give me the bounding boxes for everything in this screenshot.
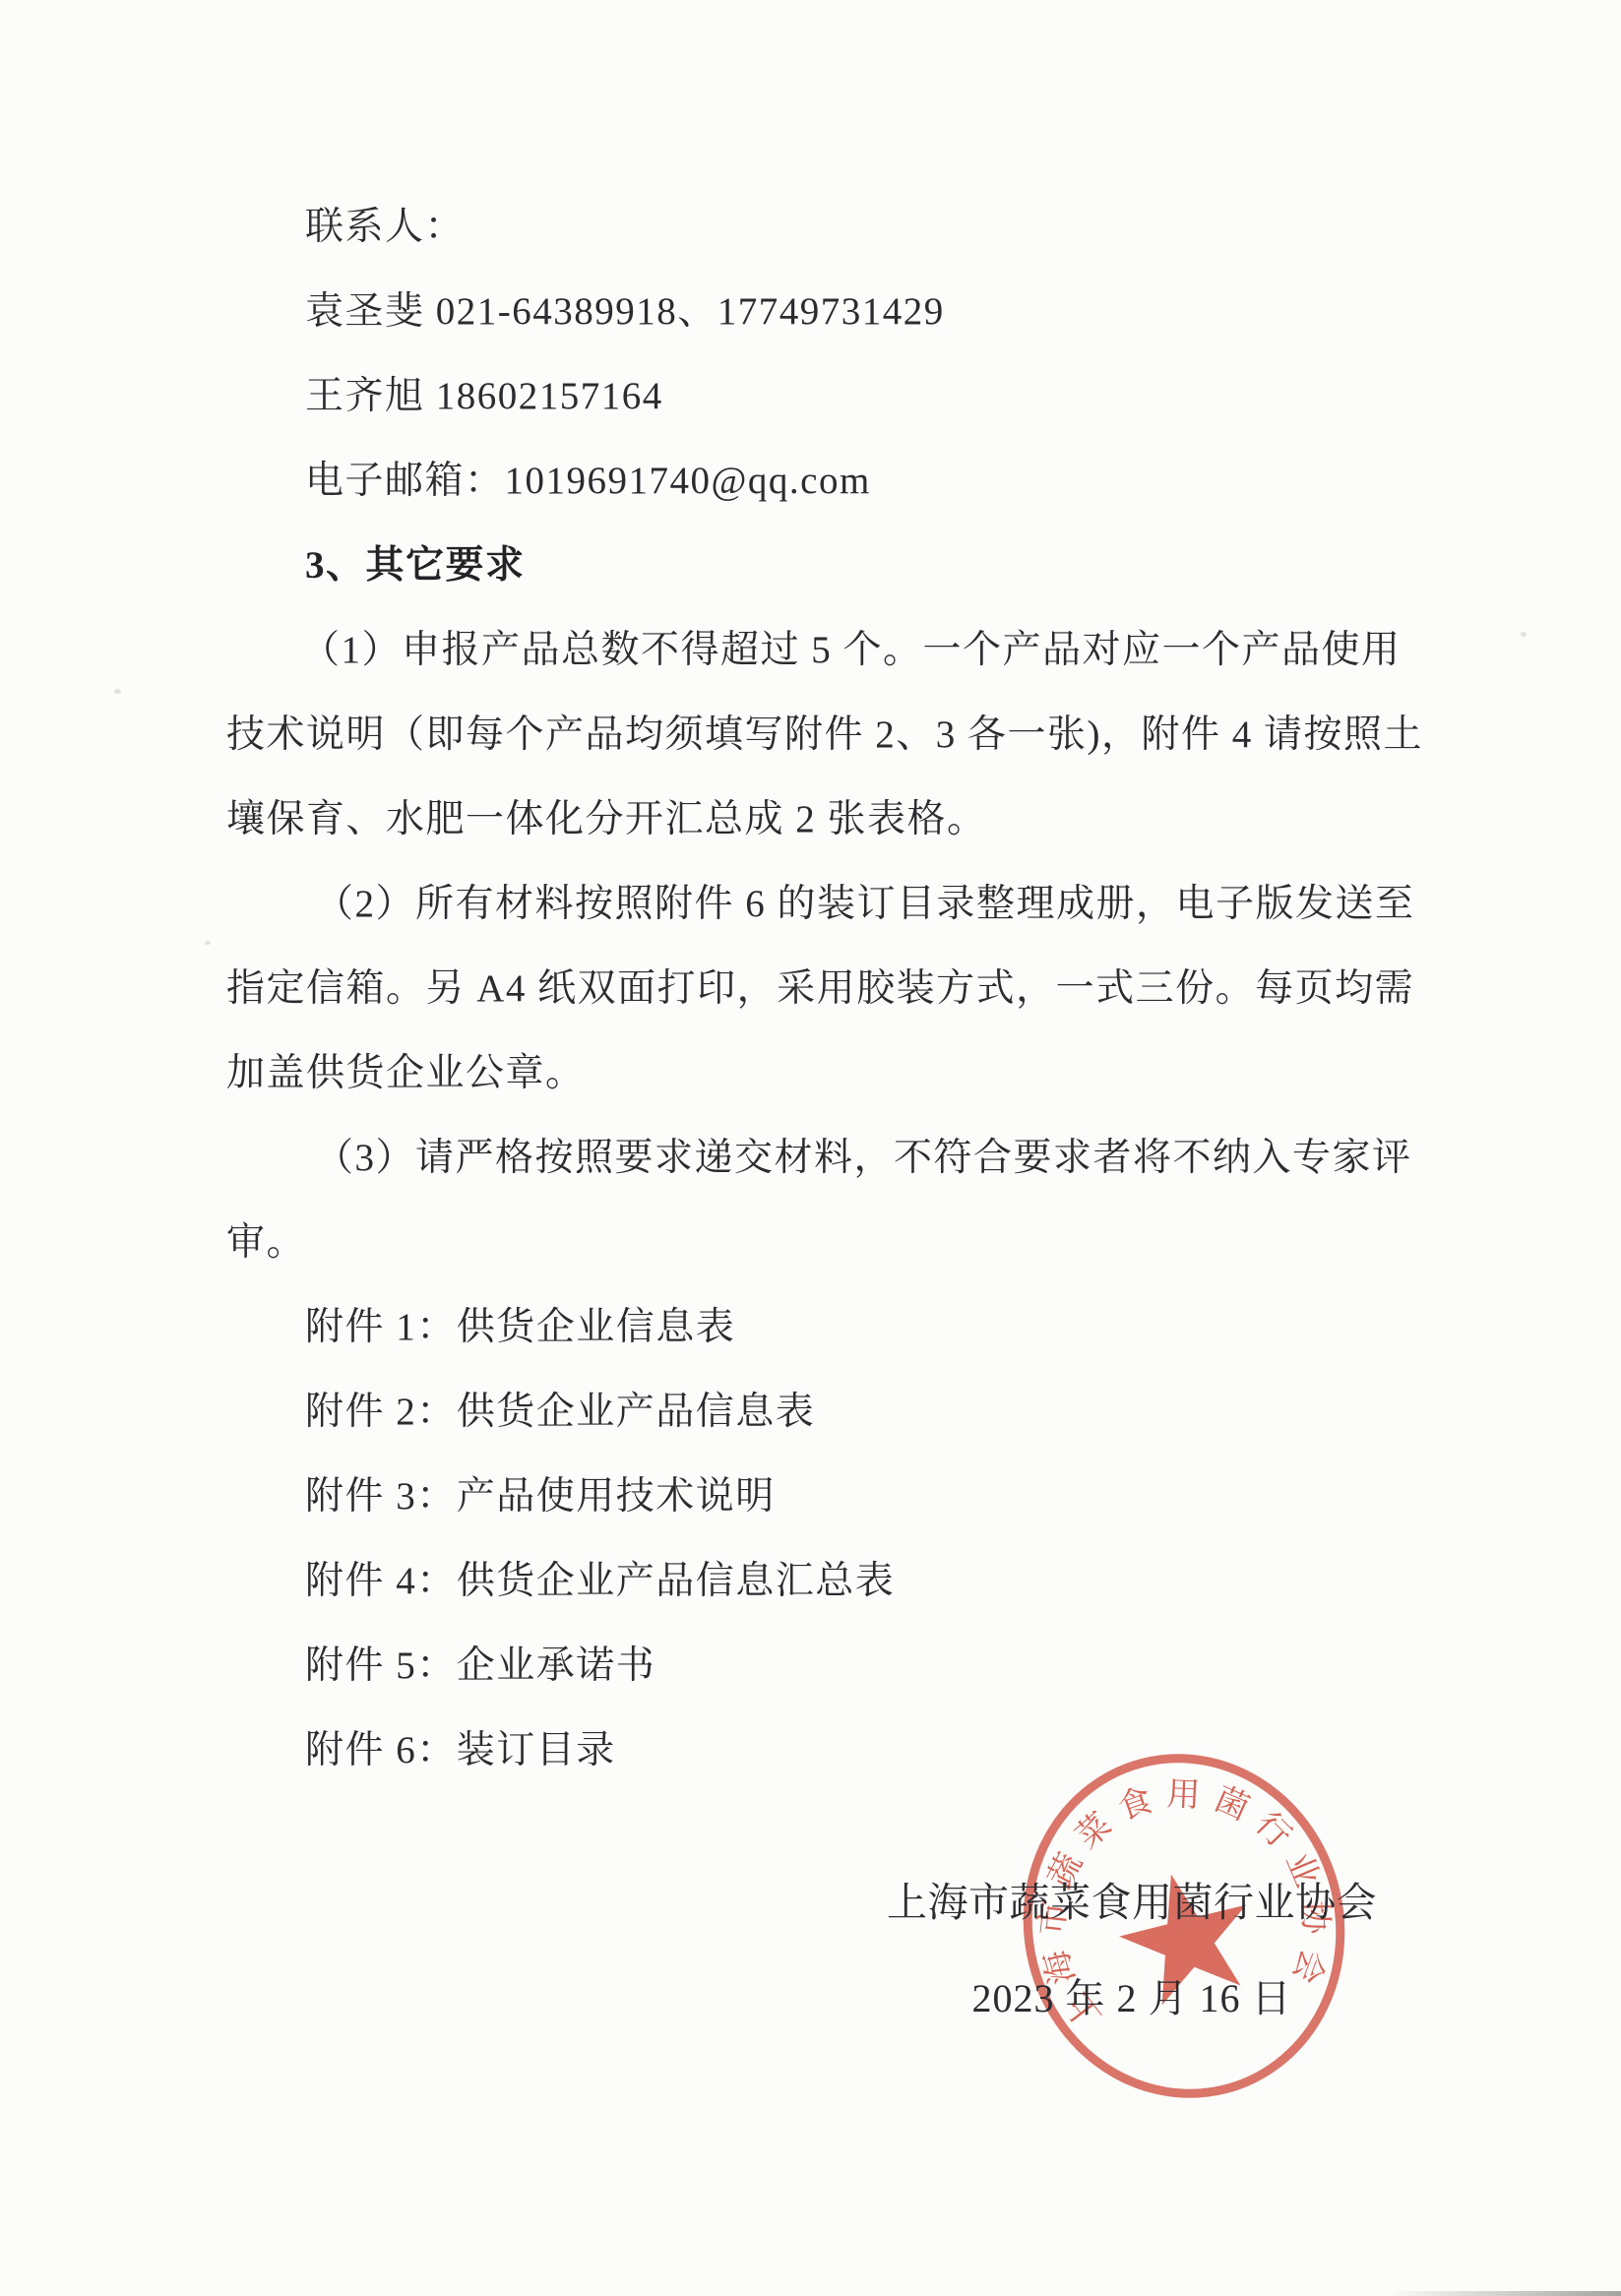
signature-block: 上海市蔬菜食用菌行业协会 2023 年 2 月 16 日 (846, 1860, 1417, 2041)
attachment-line-5: 附件 5：企业承诺书 (226, 1624, 1407, 1708)
attachment-line-3: 附件 3：产品使用技术说明 (226, 1455, 1407, 1539)
item1-line3: 壤保育、水肥一体化分开汇总成 2 张表格。 (226, 777, 1407, 862)
issue-date: 2023 年 2 月 16 日 (846, 1956, 1417, 2041)
attachment-line-4: 附件 4：供货企业产品信息汇总表 (226, 1539, 1407, 1624)
org-name: 上海市蔬菜食用菌行业协会 (846, 1860, 1417, 1945)
section-heading: 3、其它要求 (226, 524, 1407, 608)
item3-line2: 审。 (226, 1201, 1407, 1285)
contact-person1-line: 袁圣斐 021-64389918、17749731429 (226, 270, 1407, 354)
item1-line2: 技术说明（即每个产品均须填写附件 2、3 各一张)，附件 4 请按照土 (226, 693, 1407, 777)
contact-person2-line: 王齐旭 18602157164 (226, 354, 1407, 439)
scan-speck (114, 689, 121, 694)
body-text-block: 联系人： 袁圣斐 021-64389918、17749731429 王齐旭 18… (226, 185, 1407, 1793)
item2-line2: 指定信箱。另 A4 纸双面打印，采用胶装方式，一式三份。每页均需 (226, 947, 1407, 1031)
attachment-line-1: 附件 1：供货企业信息表 (226, 1285, 1407, 1370)
scan-edge-artifact (1385, 2291, 1621, 2296)
item1-line1: （1）申报产品总数不得超过 5 个。一个产品对应一个产品使用 (226, 608, 1407, 693)
document-page: 联系人： 袁圣斐 021-64389918、17749731429 王齐旭 18… (0, 0, 1621, 2296)
contact-label: 联系人： (226, 185, 1407, 270)
item3-line1: （3）请严格按照要求递交材料，不符合要求者将不纳入专家评 (226, 1116, 1407, 1201)
scan-speck (205, 941, 211, 945)
item2-line1: （2）所有材料按照附件 6 的装订目录整理成册，电子版发送至 (226, 862, 1407, 947)
scan-speck (1521, 632, 1527, 637)
item2-line3: 加盖供货企业公章。 (226, 1031, 1407, 1116)
contact-email-line: 电子邮箱：1019691740@qq.com (226, 439, 1407, 524)
attachment-line-2: 附件 2：供货企业产品信息表 (226, 1370, 1407, 1455)
